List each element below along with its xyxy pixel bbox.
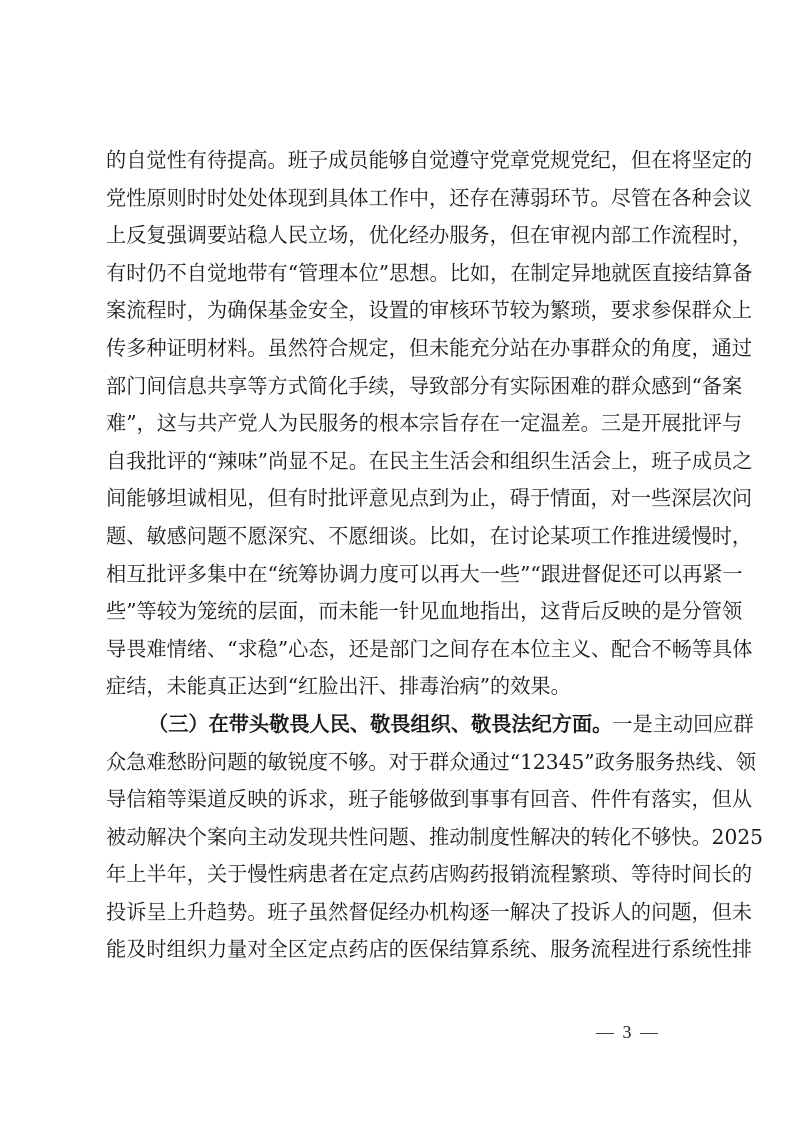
text-line: 的自觉性有待提高。班子成员能够自觉遵守党章党规党纪，但在将坚定的 (106, 142, 696, 180)
paragraph-party-spirit: 的自觉性有待提高。班子成员能够自觉遵守党章党规党纪，但在将坚定的 党性原则时时处… (106, 142, 696, 706)
document-page: 的自觉性有待提高。班子成员能够自觉遵守党章党规党纪，但在将坚定的 党性原则时时处… (0, 0, 793, 1122)
text-line: 案流程时，为确保基金安全，设置的审核环节较为繁琐，要求参保群众上 (106, 292, 696, 330)
text-line: 部门间信息共享等方式简化手续，导致部分有实际困难的群众感到“备案 (106, 368, 696, 406)
text-line: 众急难愁盼问题的敏锐度不够。对于群众通过“12345”政务服务热线、领 (106, 744, 696, 782)
text-line: 相互批评多集中在“统筹协调力度可以再大一些”“跟进督促还可以再紧一 (106, 556, 696, 594)
text-line: 题、敏感问题不愿深究、不愿细谈。比如，在讨论某项工作推进缓慢时， (106, 518, 696, 556)
text-line: 年上半年，关于慢性病患者在定点药店购药报销流程繁琐、等待时间长的 (106, 856, 696, 894)
section-heading: （三）在带头敬畏人民、敬畏组织、敬畏法纪方面。 (148, 712, 612, 736)
text-line: 能及时组织力量对全区定点药店的医保结算系统、服务流程进行系统性排 (106, 931, 696, 969)
text-line: 党性原则时时处处体现到具体工作中，还存在薄弱环节。尽管在各种会议 (106, 180, 696, 218)
text-line: 投诉呈上升趋势。班子虽然督促经办机构逐一解决了投诉人的问题，但未 (106, 894, 696, 932)
text-line: 被动解决个案向主动发现共性问题、推动制度性解决的转化不够快。2025 (106, 819, 696, 857)
text-line: 难”，这与共产党人为民服务的根本宗旨存在一定温差。三是开展批评与 (106, 405, 696, 443)
text-line: 自我批评的“辣味”尚显不足。在民主生活会和组织生活会上，班子成员之 (106, 443, 696, 481)
page-number: — 3 — (596, 1022, 660, 1043)
text-line: 间能够坦诚相见，但有时批评意见点到为止，碍于情面，对一些深层次问 (106, 480, 696, 518)
paragraph-section-three: （三）在带头敬畏人民、敬畏组织、敬畏法纪方面。一是主动回应群 众急难愁盼问题的敏… (106, 706, 696, 969)
text-line: 导信箱等渠道反映的诉求，班子能够做到事事有回音、件件有落实，但从 (106, 781, 696, 819)
text-line: 有时仍不自觉地带有“管理本位”思想。比如，在制定异地就医直接结算备 (106, 255, 696, 293)
text-line: 些”等较为笼统的层面，而未能一针见血地指出，这背后反映的是分管领 (106, 593, 696, 631)
document-body: 的自觉性有待提高。班子成员能够自觉遵守党章党规党纪，但在将坚定的 党性原则时时处… (106, 142, 696, 969)
text-line: 导畏难情绪、“求稳”心态，还是部门之间存在本位主义、配合不畅等具体 (106, 631, 696, 669)
text-line: 症结，未能真正达到“红脸出汗、排毒治病”的效果。 (106, 668, 696, 706)
heading-line-text: 一是主动回应群 (612, 712, 753, 736)
section-heading-line: （三）在带头敬畏人民、敬畏组织、敬畏法纪方面。一是主动回应群 (106, 706, 696, 744)
text-line: 上反复强调要站稳人民立场，优化经办服务，但在审视内部工作流程时， (106, 217, 696, 255)
text-line: 传多种证明材料。虽然符合规定，但未能充分站在办事群众的角度，通过 (106, 330, 696, 368)
